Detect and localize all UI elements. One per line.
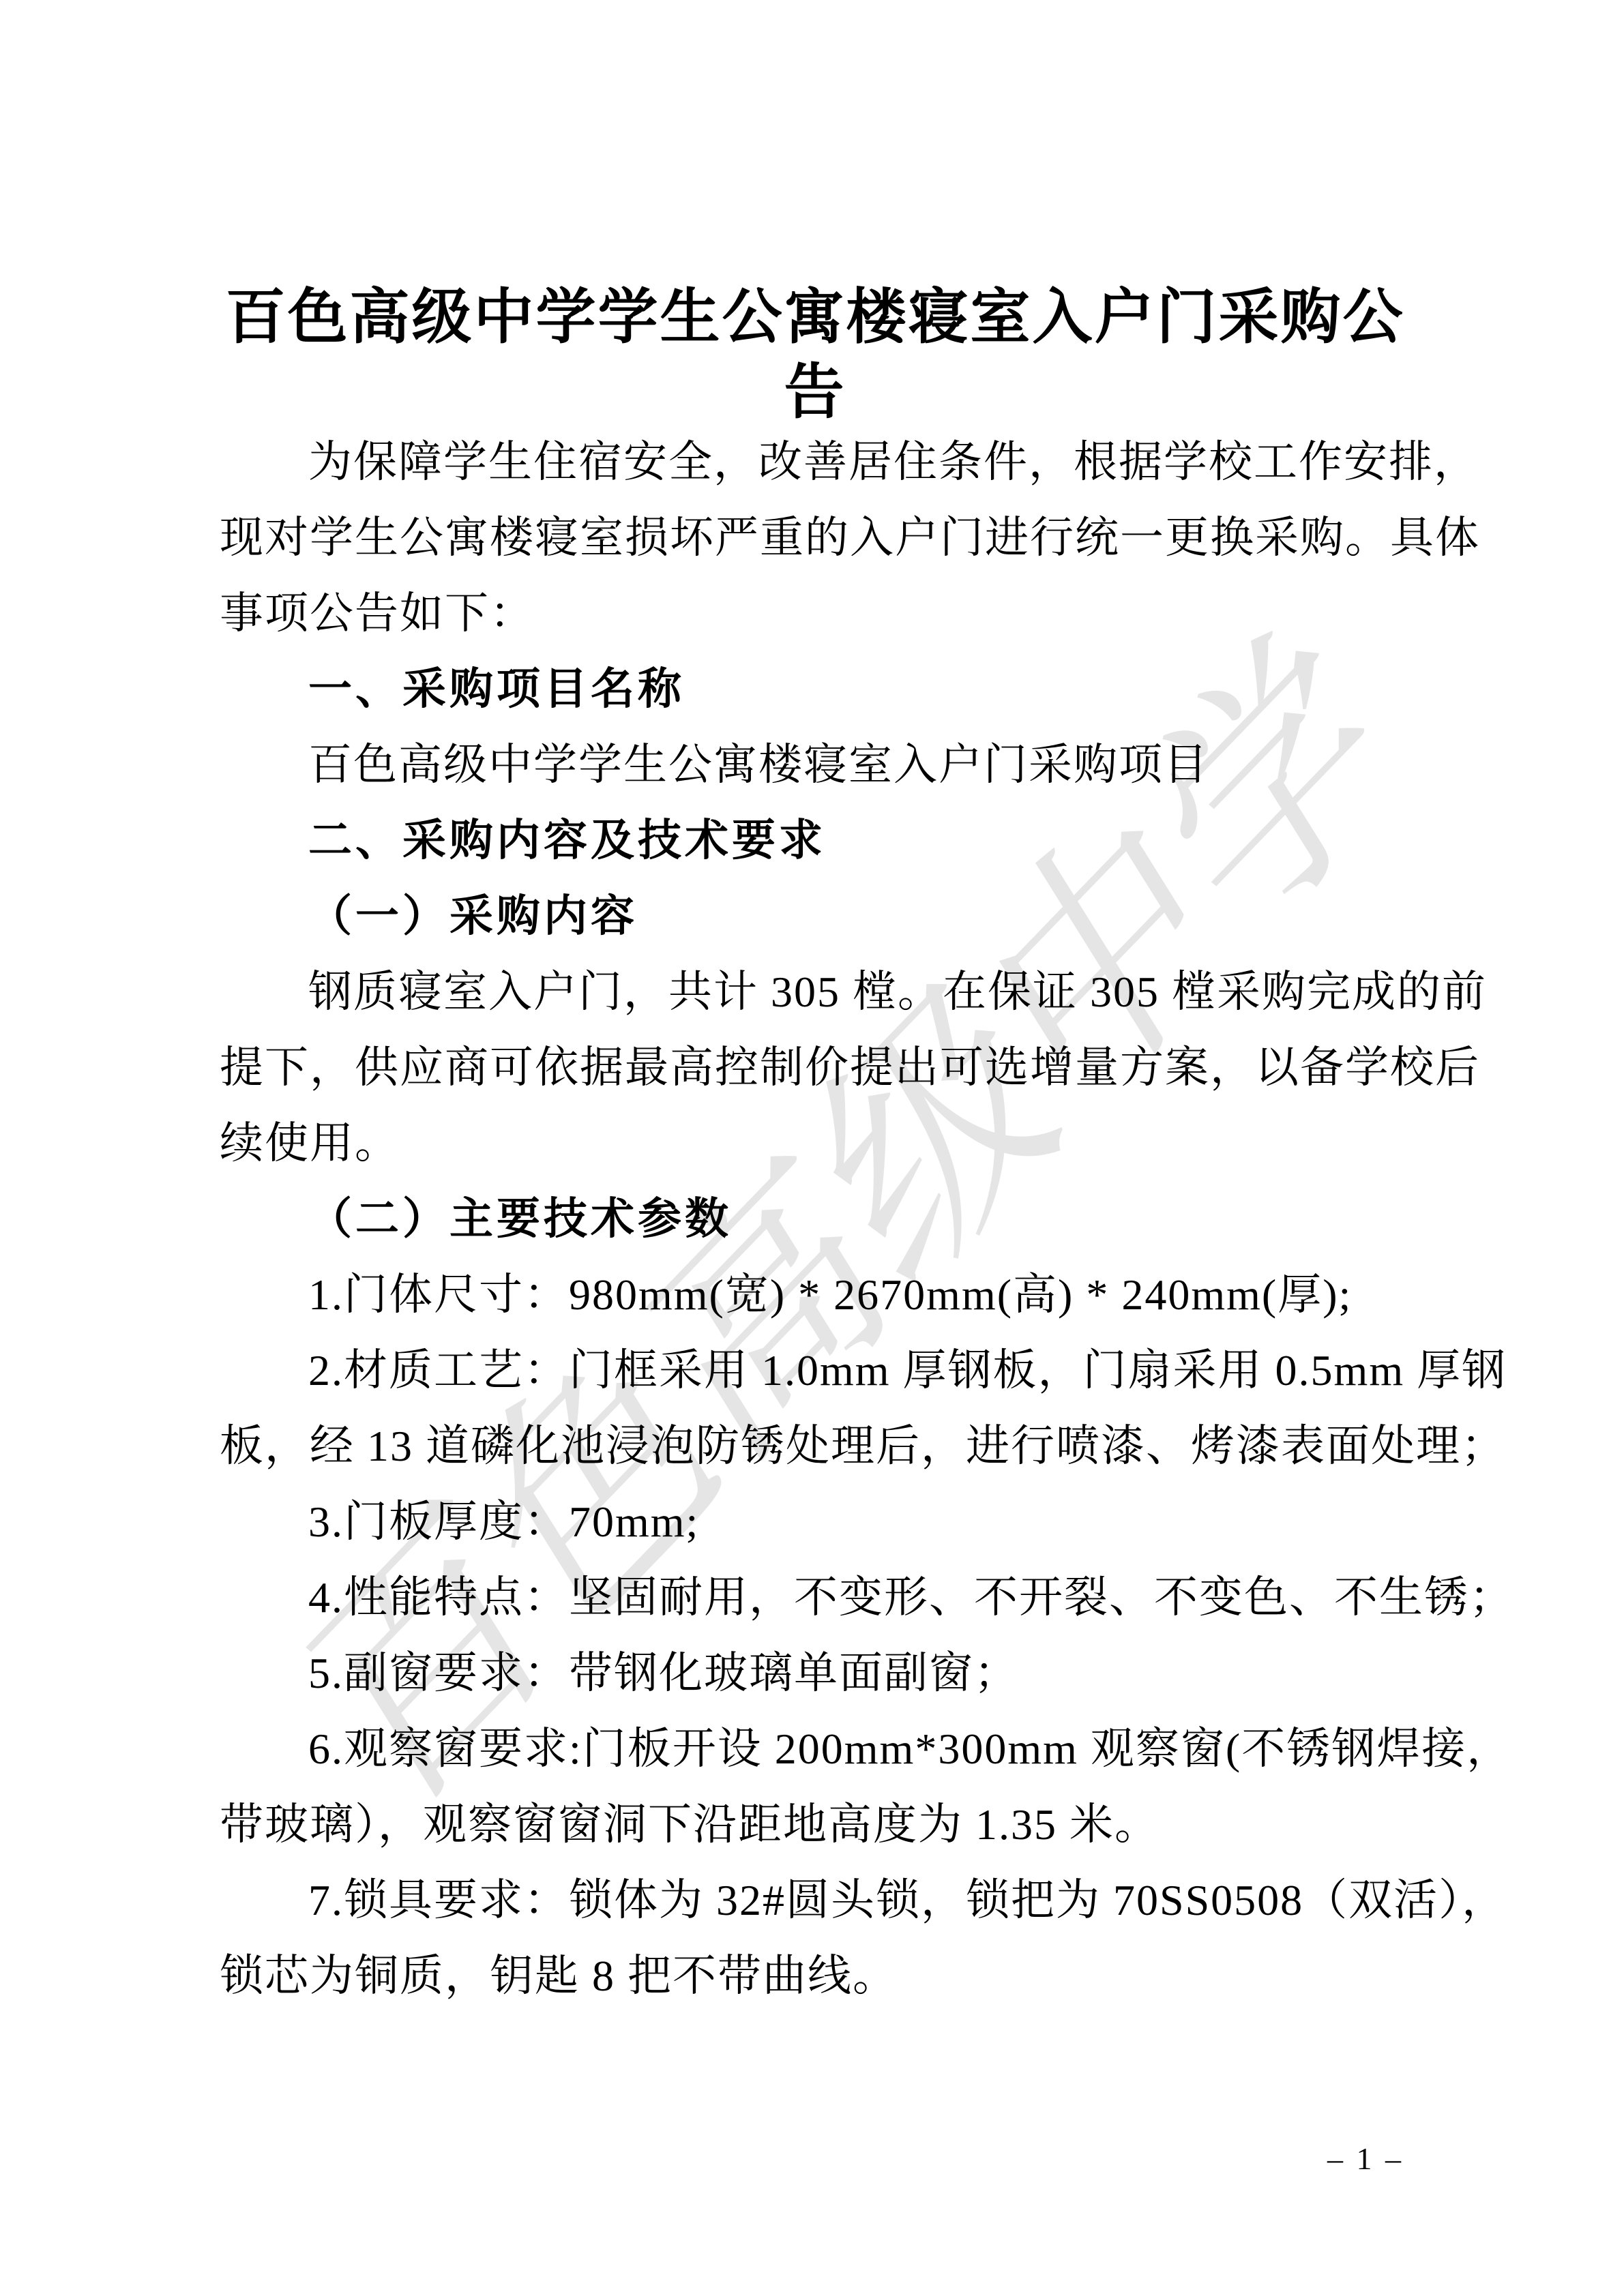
intro-paragraph-line-2: 现对学生公寓楼寝室损坏严重的入户门进行统一更换采购。具体: [220, 500, 1454, 576]
document-body: 为保障学生住宿安全，改善居住条件，根据学校工作安排， 现对学生公寓楼寝室损坏严重…: [220, 424, 1454, 2014]
subsection-1-heading: （一）采购内容: [220, 878, 1454, 954]
page-number: – 1 –: [1327, 2140, 1404, 2178]
spec-item-2-material-line-2: 板，经 13 道磷化池浸泡防锈处理后，进行喷漆、烤漆表面处理；: [220, 1408, 1454, 1484]
project-name-line: 百色高级中学学生公寓楼寝室入户门采购项目: [220, 727, 1454, 803]
spec-item-7-lock-line-1: 7.锁具要求：锁体为 32#圆头锁，锁把为 70SS0508（双活），: [220, 1862, 1454, 1938]
spec-item-6-viewing-window-line-2: 带玻璃），观察窗窗洞下沿距地高度为 1.35 米。: [220, 1787, 1454, 1862]
spec-item-2-material-line-1: 2.材质工艺：门框采用 1.0mm 厚钢板，门扇采用 0.5mm 厚钢: [220, 1332, 1454, 1408]
section-2-heading: 二、采购内容及技术要求: [220, 803, 1454, 878]
subsection-2-heading: （二）主要技术参数: [220, 1181, 1454, 1257]
section-1-heading: 一、采购项目名称: [220, 651, 1454, 727]
intro-paragraph-line-1: 为保障学生住宿安全，改善居住条件，根据学校工作安排，: [220, 424, 1454, 500]
document-page: 百色高级中学 百色高级中学学生公寓楼寝室入户门采购公告 为保障学生住宿安全，改善…: [0, 0, 1624, 2296]
page-title: 百色高级中学学生公寓楼寝室入户门采购公告: [205, 281, 1426, 431]
intro-paragraph-line-3: 事项公告如下：: [220, 576, 1454, 651]
spec-item-3-panel-thickness: 3.门板厚度：70mm;: [220, 1484, 1454, 1560]
purchase-content-line-1: 钢质寝室入户门，共计 305 樘。在保证 305 樘采购完成的前: [220, 954, 1454, 1030]
spec-item-7-lock-line-2: 锁芯为铜质，钥匙 8 把不带曲线。: [220, 1938, 1454, 2014]
spec-item-6-viewing-window-line-1: 6.观察窗要求:门板开设 200mm*300mm 观察窗(不锈钢焊接，: [220, 1711, 1454, 1787]
spec-item-4-performance: 4.性能特点：坚固耐用，不变形、不开裂、不变色、不生锈；: [220, 1560, 1454, 1635]
spec-item-5-side-window: 5.副窗要求：带钢化玻璃单面副窗；: [220, 1635, 1454, 1711]
purchase-content-line-3: 续使用。: [220, 1105, 1454, 1181]
spec-item-1-door-size: 1.门体尺寸：980mm(宽) * 2670mm(高) * 240mm(厚);: [220, 1257, 1454, 1332]
purchase-content-line-2: 提下，供应商可依据最高控制价提出可选增量方案，以备学校后: [220, 1030, 1454, 1105]
